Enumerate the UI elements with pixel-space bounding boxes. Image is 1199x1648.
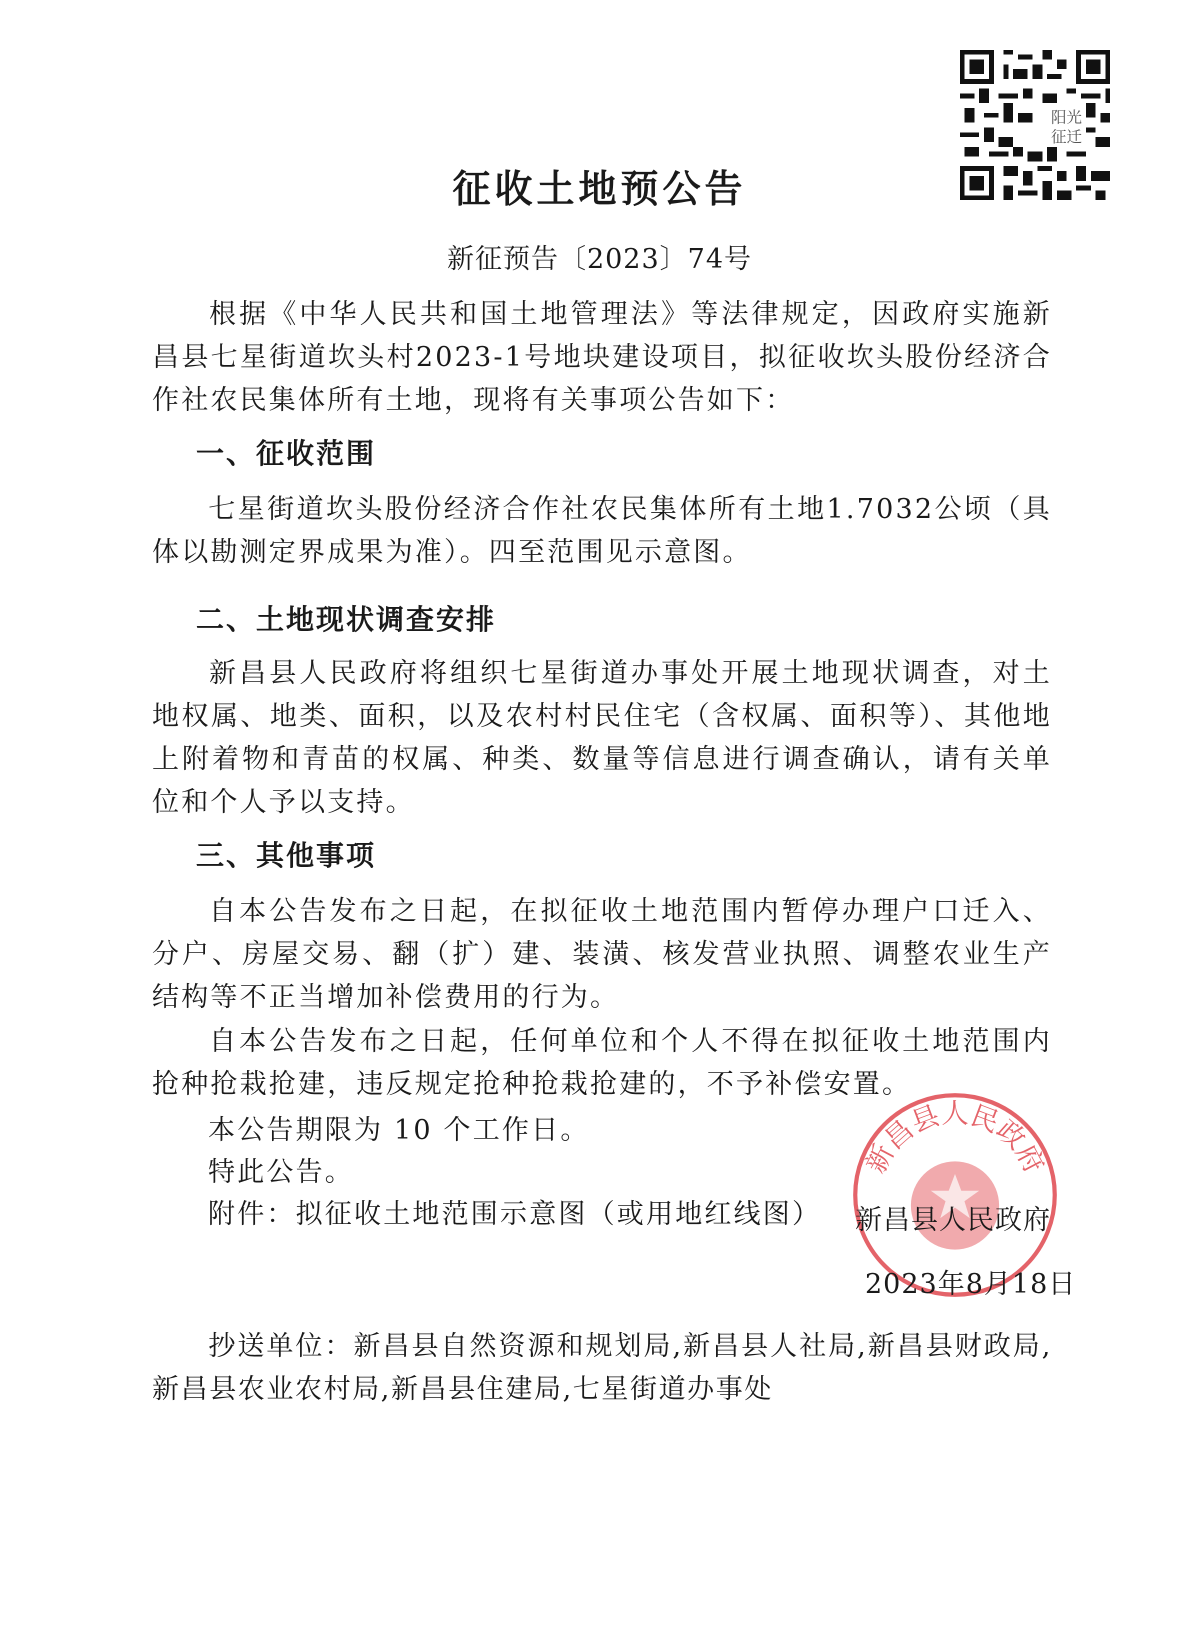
attachment-line: 附件：拟征收土地范围示意图（或用地红线图） — [208, 1192, 821, 1231]
section-heading-3: 三、其他事项 — [196, 834, 376, 874]
section-heading-1: 一、征收范围 — [196, 432, 376, 472]
section-2-paragraph: 新昌县人民政府将组织七星街道办事处开展土地现状调查，对土地权属、地类、面积，以及… — [152, 652, 1052, 824]
document-title: 征收土地预公告 — [0, 158, 1199, 213]
document-number: 新征预告〔2023〕74号 — [0, 237, 1199, 276]
cc-list: 抄送单位：新昌县自然资源和规划局,新昌县人社局,新昌县财政局,新昌县农业农村局,… — [152, 1325, 1052, 1411]
section-3-paragraph-1: 自本公告发布之日起，在拟征收土地范围内暂停办理户口迁入、分户、房屋交易、翻（扩）… — [152, 890, 1052, 1019]
svg-text:征迁: 征迁 — [1051, 128, 1083, 146]
intro-paragraph: 根据《中华人民共和国土地管理法》等法律规定，因政府实施新昌县七星街道坎头村202… — [152, 293, 1052, 422]
closing-line: 特此公告。 — [208, 1150, 354, 1189]
section-1-paragraph: 七星街道坎头股份经济合作社农民集体所有土地1.7032公顷（具体以勘测定界成果为… — [152, 488, 1052, 574]
issuer-signature: 新昌县人民政府 — [855, 1198, 1051, 1237]
svg-text:阳光: 阳光 — [1051, 109, 1082, 127]
period-line: 本公告期限为 10 个工作日。 — [208, 1108, 590, 1147]
section-heading-2: 二、土地现状调查安排 — [196, 598, 496, 638]
issue-date: 2023年8月18日 — [865, 1262, 1076, 1301]
